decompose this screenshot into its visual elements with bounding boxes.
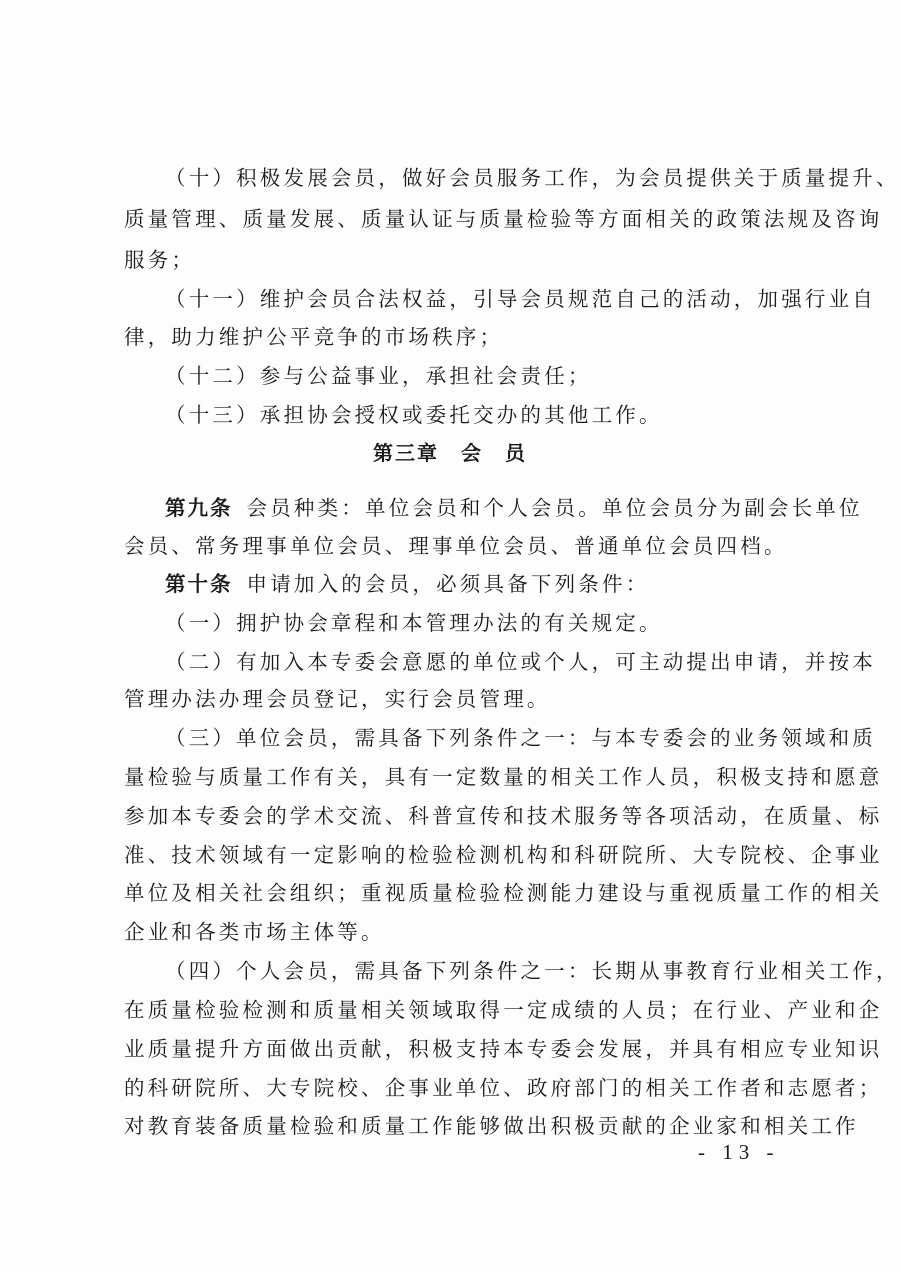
paragraph-line: 会员、常务理事单位会员、理事单位会员、普通单位会员四档。: [124, 531, 784, 561]
paragraph-line: 准、技术领域有一定影响的检验检测机构和科研院所、大专院校、企事业: [124, 840, 784, 870]
paragraph-line: 企业和各类市场主体等。: [124, 917, 784, 947]
paragraph-line: 单位及相关社会组织；重视质量检验检测能力建设与重视质量工作的相关: [124, 878, 784, 908]
article-text: 会员种类：单位会员和个人会员。单位会员分为副会长单位: [247, 496, 863, 520]
chapter-title-char: 员: [505, 441, 527, 465]
article-text: 申请加入的会员，必须具备下列条件：: [247, 572, 650, 596]
article-label: 第九条: [165, 496, 233, 520]
paragraph-line: 对教育装备质量检验和质量工作能够做出积极贡献的企业家和相关工作: [124, 1111, 784, 1141]
paragraph-line: 业质量提升方面做出贡献，积极支持本专委会发展，并具有相应专业知识: [124, 1034, 784, 1064]
document-page: （十）积极发展会员，做好会员服务工作，为会员提供关于质量提升、 质量管理、质量发…: [0, 0, 900, 1273]
page-number: - 13 -: [698, 1140, 780, 1165]
paragraph-line: 参加本专委会的学术交流、科普宣传和技术服务等各项活动，在质量、标: [124, 801, 784, 831]
article-9: 第九条会员种类：单位会员和个人会员。单位会员分为副会长单位: [165, 493, 785, 523]
chapter-title-char: 会: [461, 441, 483, 465]
paragraph-line: 服务；: [124, 245, 784, 275]
paragraph-line: （三）单位会员，需具备下列条件之一：与本专委会的业务领域和质: [165, 723, 785, 753]
paragraph-line: （十三）承担协会授权或委托交办的其他工作。: [165, 400, 785, 430]
article-10: 第十条申请加入的会员，必须具备下列条件：: [165, 569, 785, 599]
paragraph-line: （二）有加入本专委会意愿的单位或个人，可主动提出申请，并按本: [165, 647, 785, 677]
chapter-heading: 第三章会员: [0, 437, 900, 466]
chapter-number: 第三章: [373, 441, 439, 465]
article-label: 第十条: [165, 572, 233, 596]
paragraph-line: （十一）维护会员合法权益，引导会员规范自己的活动，加强行业自: [165, 284, 785, 314]
paragraph-line: 量检验与质量工作有关，具有一定数量的相关工作人员，积极支持和愿意: [124, 762, 784, 792]
paragraph-line: （十二）参与公益事业，承担社会责任；: [165, 361, 785, 391]
paragraph-line: 的科研院所、大专院校、企事业单位、政府部门的相关工作者和志愿者；: [124, 1073, 784, 1103]
paragraph-line: （十）积极发展会员，做好会员服务工作，为会员提供关于质量提升、: [165, 163, 785, 193]
paragraph-line: 在质量检验检测和质量相关领域取得一定成绩的人员；在行业、产业和企: [124, 995, 784, 1025]
paragraph-line: 管理办法办理会员登记，实行会员管理。: [124, 684, 784, 714]
paragraph-line: 律，助力维护公平竞争的市场秩序；: [124, 322, 784, 352]
paragraph-line: （一）拥护协会章程和本管理办法的有关规定。: [165, 608, 785, 638]
paragraph-line: （四）个人会员，需具备下列条件之一：长期从事教育行业相关工作，: [165, 956, 785, 986]
paragraph-line: 质量管理、质量发展、质量认证与质量检验等方面相关的政策法规及咨询: [124, 204, 784, 234]
